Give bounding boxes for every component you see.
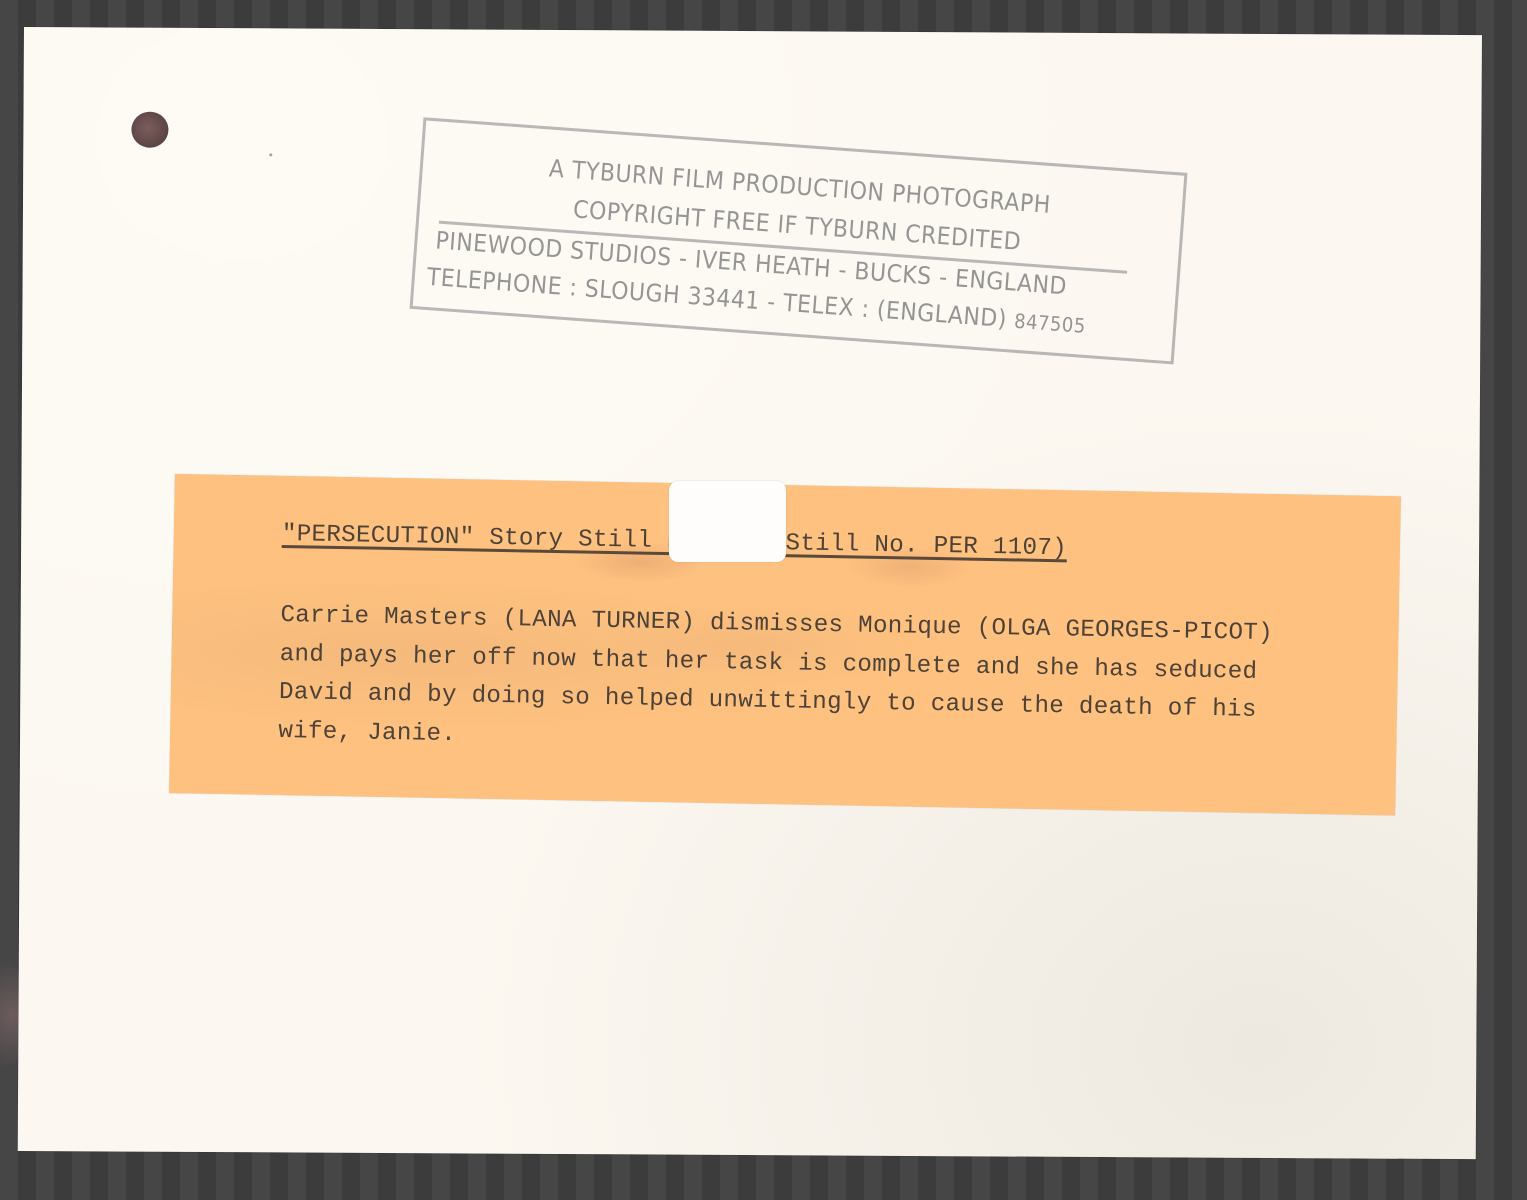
stamp-telex-number: 847505 xyxy=(1013,310,1086,338)
punch-hole xyxy=(131,112,168,148)
dust-speck xyxy=(269,153,272,156)
caption-body: Carrie Masters (LANA TURNER) dismisses M… xyxy=(278,597,1273,769)
white-sticker xyxy=(669,481,786,562)
studio-stamp: A TYBURN FILM PRODUCTION PHOTOGRAPH COPY… xyxy=(410,117,1188,364)
